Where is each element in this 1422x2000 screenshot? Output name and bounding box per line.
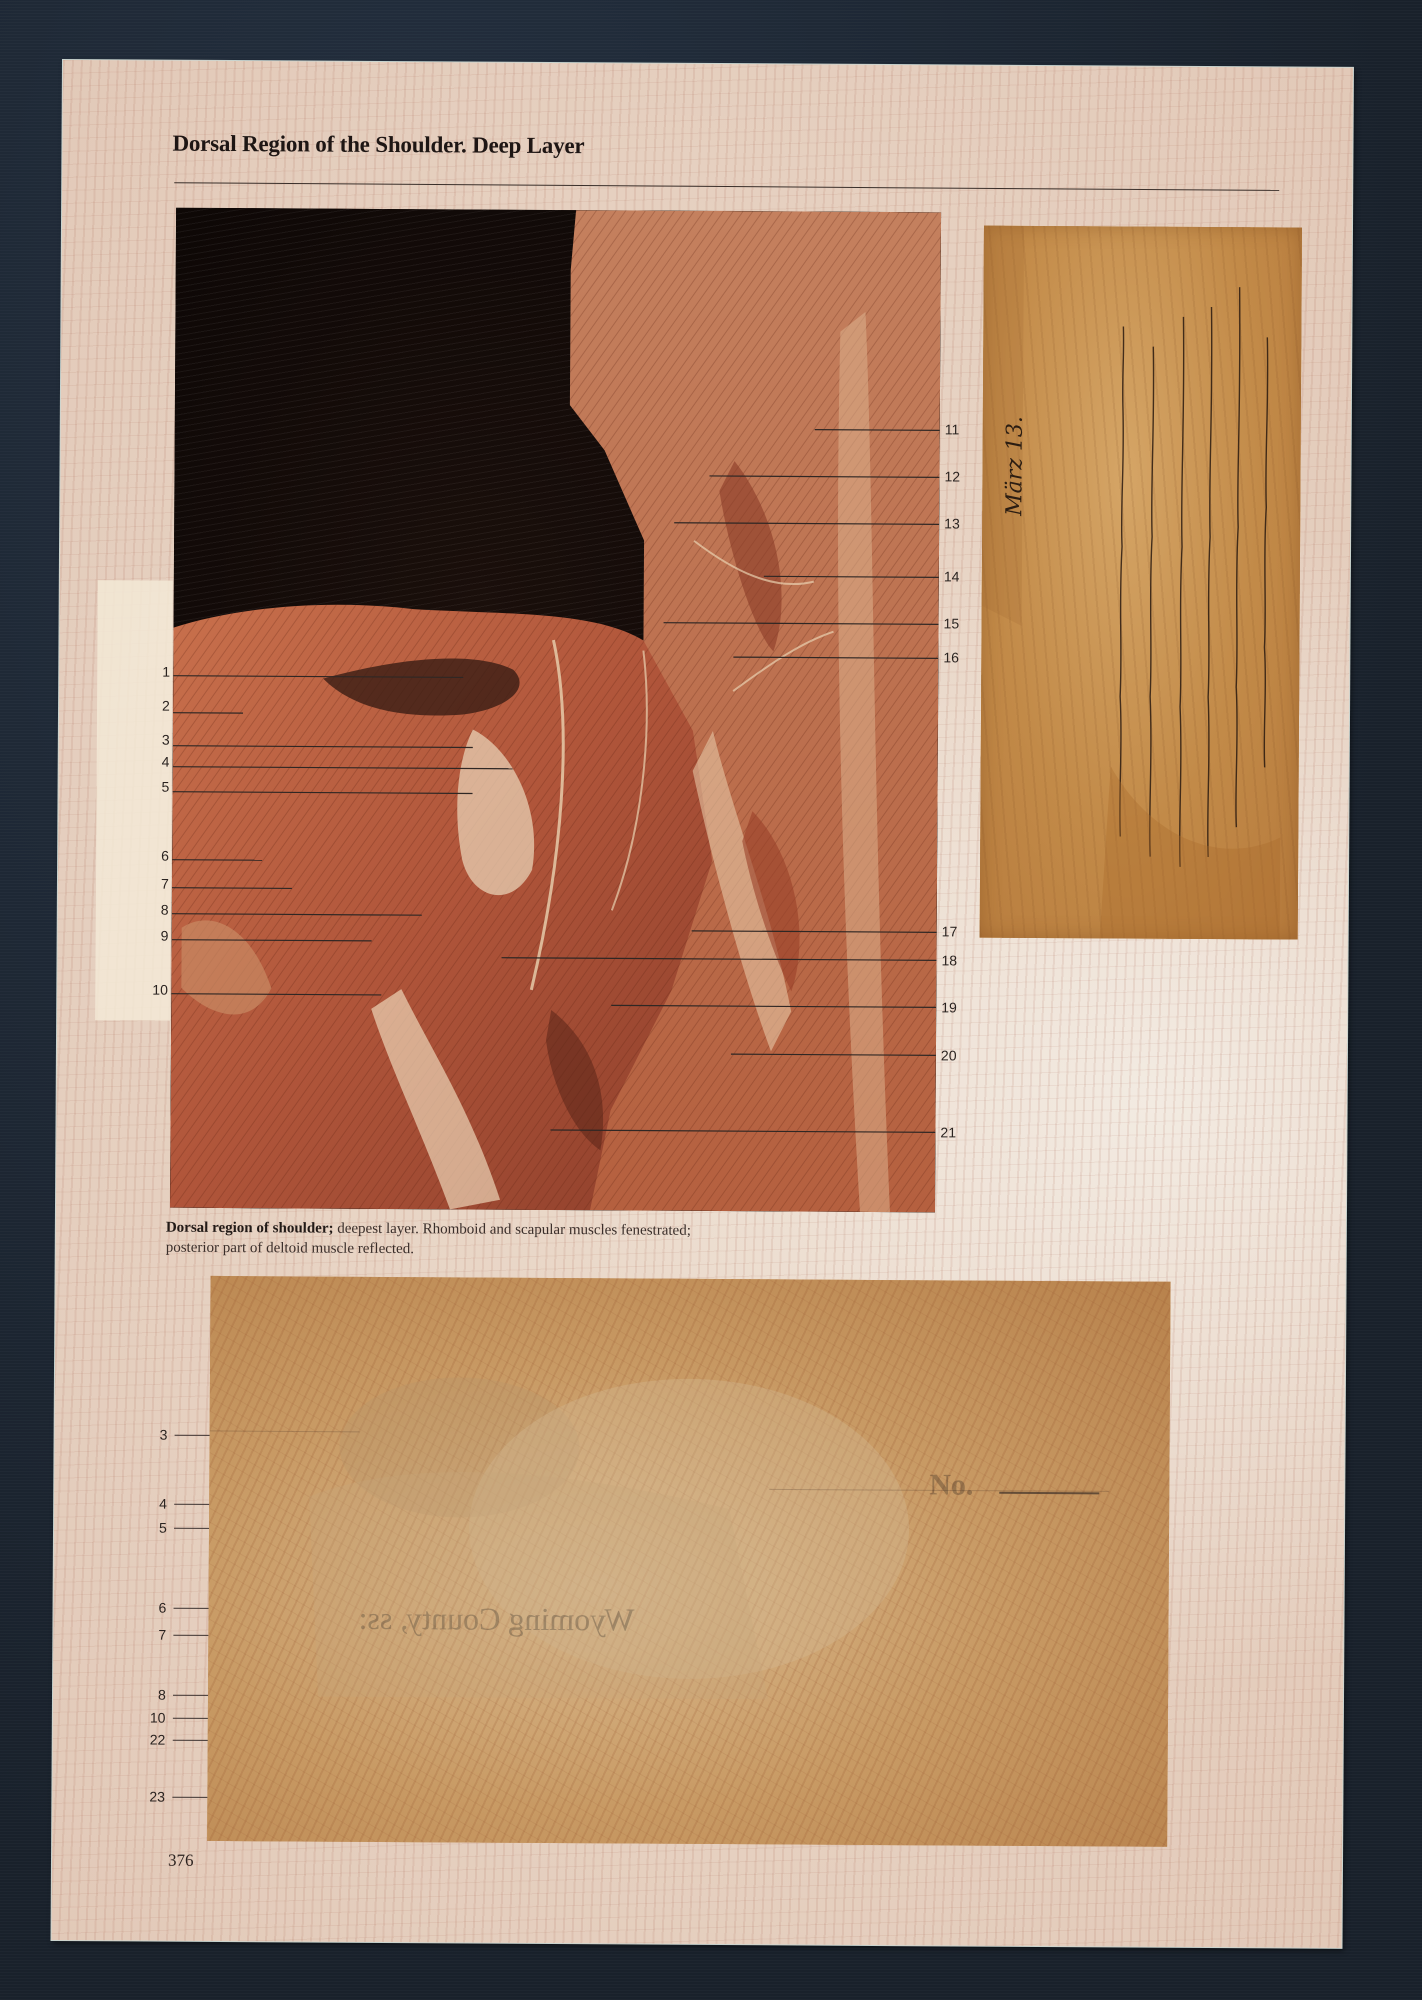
leader-line <box>174 1504 209 1505</box>
caption-bold: Dorsal region of shoulder; <box>166 1220 334 1237</box>
right-label-20: 20 <box>941 1048 957 1062</box>
title-rule <box>174 182 1279 191</box>
bottom-label-4: 4 <box>159 1497 167 1511</box>
leader-line <box>175 1435 210 1436</box>
anatomy-photo <box>170 208 941 1213</box>
bottom-label-8: 8 <box>158 1688 166 1702</box>
ghost-anatomy <box>207 1276 1170 1847</box>
bottom-encaustic-panel: Wyoming County, ss: No. <box>207 1276 1170 1847</box>
right-label-19: 19 <box>941 1000 957 1014</box>
note-date: März 13. <box>1002 416 1028 516</box>
bottom-label-3: 3 <box>160 1428 168 1442</box>
right-label-12: 12 <box>944 469 960 483</box>
left-label-3: 3 <box>162 733 170 747</box>
leader-line <box>173 1740 208 1741</box>
left-label-4: 4 <box>162 755 170 769</box>
left-label-10: 10 <box>152 983 168 997</box>
leader-line <box>173 1635 208 1636</box>
left-label-7: 7 <box>161 877 169 891</box>
wax-strip <box>95 580 173 1020</box>
bottom-label-5: 5 <box>159 1521 167 1535</box>
leader-line <box>173 1718 208 1719</box>
leader-line <box>174 1608 209 1609</box>
leader-line <box>174 1528 209 1529</box>
page-number: 376 <box>168 1851 194 1871</box>
left-label-5: 5 <box>162 780 170 794</box>
right-label-21: 21 <box>940 1125 956 1139</box>
caption-line1: deepest layer. Rhomboid and scapular mus… <box>333 1221 690 1239</box>
right-label-16: 16 <box>943 650 959 664</box>
right-label-14: 14 <box>944 569 960 583</box>
right-label-13: 13 <box>944 516 960 530</box>
left-label-6: 6 <box>161 849 169 863</box>
left-label-2: 2 <box>162 699 170 713</box>
left-label-8: 8 <box>161 903 169 917</box>
page-title: Dorsal Region of the Shoulder. Deep Laye… <box>172 131 584 160</box>
ghost-mark: No. <box>929 1468 973 1502</box>
figure-caption: Dorsal region of shoulder; deepest layer… <box>166 1218 926 1263</box>
right-label-11: 11 <box>945 422 960 436</box>
right-label-17: 17 <box>942 924 958 938</box>
bottom-label-7: 7 <box>158 1628 166 1642</box>
right-label-18: 18 <box>941 953 957 967</box>
mirrored-text: Wyoming County, ss: <box>358 1600 634 1639</box>
handwriting-scribble <box>980 226 1302 940</box>
left-label-1: 1 <box>162 665 170 679</box>
atlas-page: Dorsal Region of the Shoulder. Deep Laye… <box>52 60 1353 1948</box>
leader-line <box>173 1695 208 1696</box>
bottom-label-6: 6 <box>159 1601 167 1615</box>
handwritten-note: März 13. <box>980 226 1302 940</box>
bottom-label-10: 10 <box>150 1711 166 1725</box>
right-label-15: 15 <box>944 616 960 630</box>
caption-line2: posterior part of deltoid muscle reflect… <box>166 1240 414 1258</box>
left-label-9: 9 <box>161 929 169 943</box>
anatomy-illustration <box>170 208 941 1213</box>
leader-line <box>172 1797 207 1798</box>
bottom-label-23: 23 <box>149 1790 165 1804</box>
bottom-label-22: 22 <box>150 1733 166 1747</box>
